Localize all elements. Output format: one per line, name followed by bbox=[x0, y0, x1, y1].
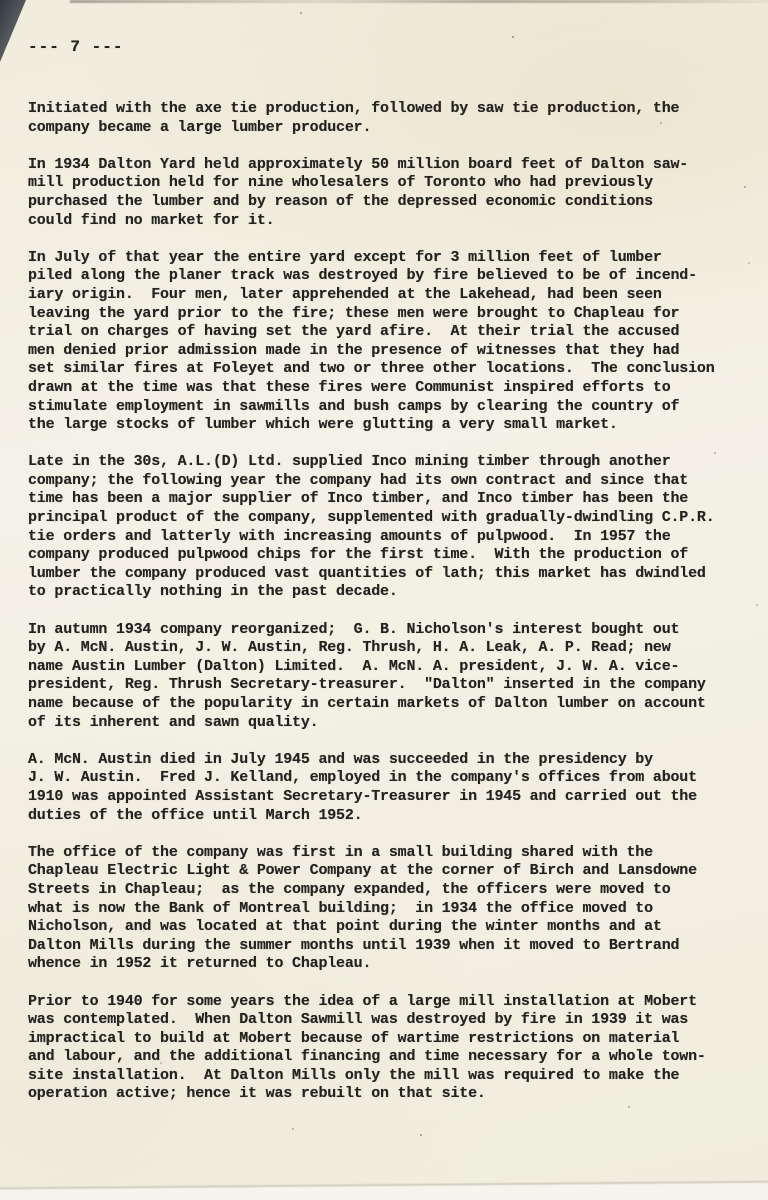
paragraph-mobert-mill: Prior to 1940 for some years the idea of… bbox=[28, 993, 750, 1105]
paragraph-inco-timber: Late in the 30s, A.L.(D) Ltd. supplied I… bbox=[28, 453, 750, 602]
document-body: Initiated with the axe tie production, f… bbox=[28, 100, 750, 1123]
paragraph-initiated-axe-tie: Initiated with the axe tie production, f… bbox=[28, 100, 750, 137]
page-corner-fold bbox=[0, 0, 26, 62]
paragraph-austin-succession: A. McN. Austin died in July 1945 and was… bbox=[28, 751, 750, 825]
page-bottom-edge bbox=[0, 1181, 768, 1200]
paragraph-1934-dalton-yard: In 1934 Dalton Yard held approximately 5… bbox=[28, 156, 750, 230]
paragraph-company-office: The office of the company was first in a… bbox=[28, 844, 750, 974]
scan-specks bbox=[0, 0, 2, 2]
page-number: --- 7 --- bbox=[28, 38, 123, 56]
paragraph-yard-fire: In July of that year the entire yard exc… bbox=[28, 249, 750, 435]
paragraph-1934-reorganization: In autumn 1934 company reorganized; G. B… bbox=[28, 621, 750, 733]
scanned-document-page: --- 7 --- Initiated with the axe tie pro… bbox=[0, 0, 768, 1200]
